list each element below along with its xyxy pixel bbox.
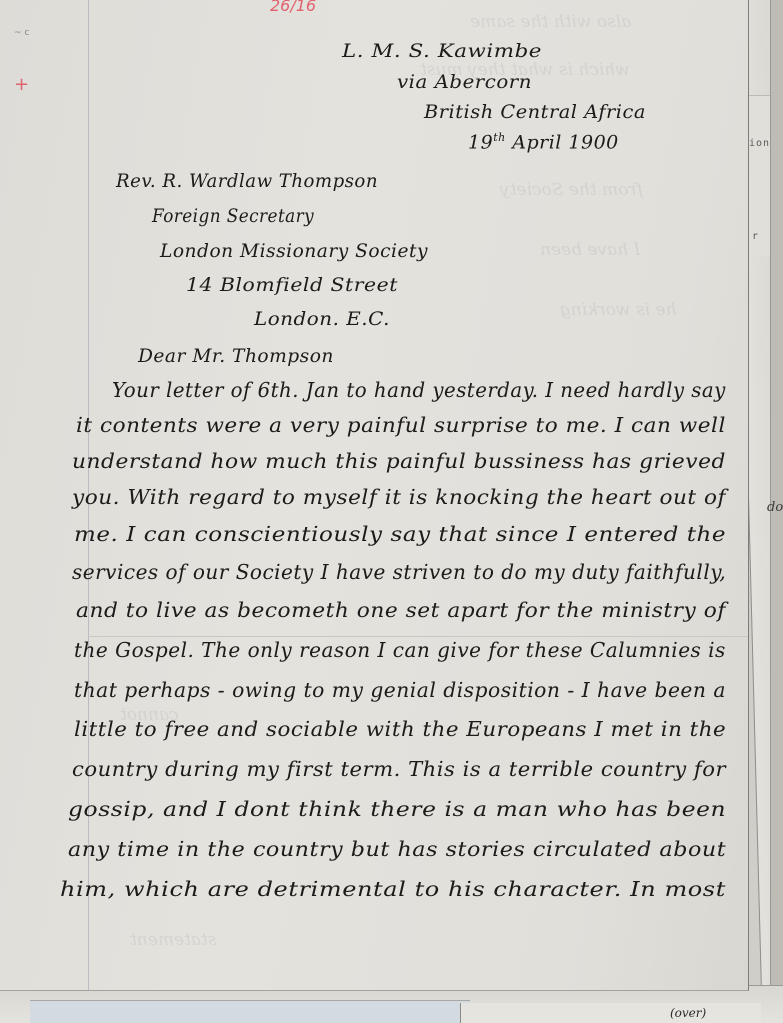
- body-line: services of our Society I have striven t…: [72, 560, 726, 584]
- body-line: understand how much this painful bussine…: [72, 449, 726, 473]
- adjacent-sheet-bottom-right: [460, 1003, 761, 1023]
- body-line: me. I can conscientiously say that since…: [74, 522, 726, 546]
- recipient-organization: London Missionary Society: [160, 240, 428, 262]
- body-line: any time in the country but has stories …: [68, 837, 726, 861]
- body-line: Your letter of 6th. Jan to hand yesterda…: [112, 378, 726, 402]
- show-through-text: statement: [130, 930, 217, 950]
- show-through-text: from the Society: [500, 180, 643, 200]
- red-folio-number: 26/16: [270, 0, 316, 15]
- date-day: 19: [468, 131, 493, 153]
- date-suffix: th: [493, 131, 506, 144]
- body-line: and to live as becometh one set apart fo…: [76, 598, 726, 622]
- show-through-text: I have been: [540, 240, 640, 260]
- recipient-city: London. E.C.: [254, 308, 390, 330]
- show-through-text: also with the same: [470, 12, 631, 32]
- red-cross-mark: +: [14, 74, 29, 95]
- body-line: little to free and sociable with the Eur…: [74, 717, 726, 741]
- handwritten-fragment-bottom: (over): [670, 1006, 706, 1020]
- recipient-title: Foreign Secretary: [152, 205, 314, 227]
- body-line: country during my first term. This is a …: [72, 757, 726, 781]
- body-line: it contents were a very painful surprise…: [76, 413, 726, 437]
- letter-date: 19th April 1900: [468, 131, 619, 153]
- typed-fragment-r: r: [752, 231, 759, 242]
- sender-address-line-2: via Abercorn: [397, 71, 532, 93]
- recipient-street: 14 Blomfield Street: [186, 274, 398, 296]
- body-line: the Gospel. The only reason I can give f…: [74, 638, 726, 662]
- pencil-mark: ~ c: [14, 28, 29, 38]
- adjacent-sheet-bottom-blue: [30, 1000, 470, 1023]
- paper-fold: [88, 636, 748, 637]
- recipient-name: Rev. R. Wardlaw Thompson: [116, 170, 378, 192]
- letter-page: also with the same which is what they mu…: [0, 0, 749, 991]
- date-month-year: April 1900: [512, 131, 619, 153]
- body-line: that perhaps - owing to my genial dispos…: [74, 678, 726, 702]
- sender-address-line-1: L. M. S. Kawimbe: [342, 40, 542, 62]
- show-through-text: he is working: [560, 300, 676, 320]
- handwritten-fragment-right: do,: [767, 500, 783, 515]
- salutation: Dear Mr. Thompson: [138, 345, 334, 367]
- body-line: you. With regard to myself it is knockin…: [72, 485, 726, 509]
- body-line: him, which are detrimental to his charac…: [60, 877, 726, 901]
- body-line: gossip, and I dont think there is a man …: [68, 797, 726, 821]
- sender-address-line-3: British Central Africa: [424, 101, 646, 123]
